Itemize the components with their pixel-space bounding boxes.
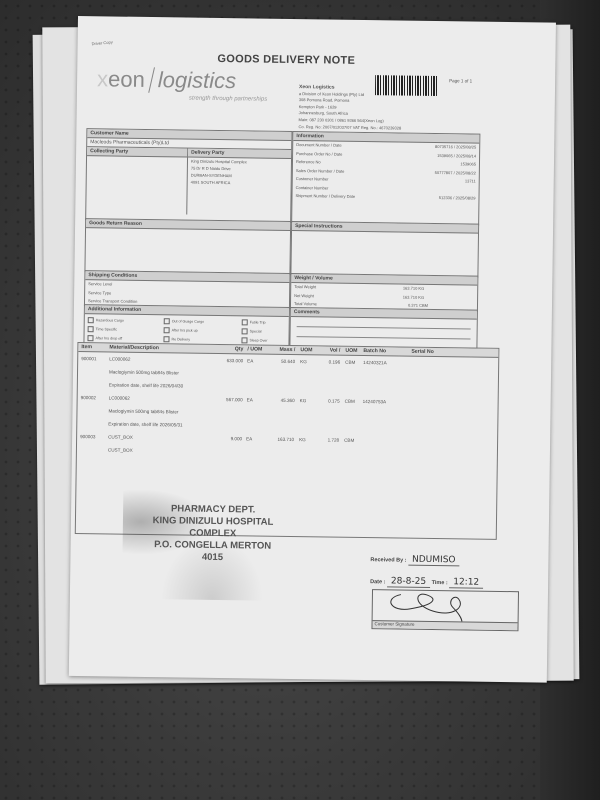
date-time: Date : 28-8-25 Time : 12:12 bbox=[370, 576, 483, 588]
hazardous-cargo-checkbox[interactable] bbox=[88, 317, 94, 323]
additional-information-section: Additional Information Hazardous Cargo O… bbox=[83, 304, 290, 347]
special-instructions-section: Special Instructions bbox=[290, 221, 479, 278]
customer-section: Customer Name Macleods Pharmaceuticals (… bbox=[85, 128, 292, 223]
pharmacy-stamp: PHARMACY DEPT. KING DINIZULU HOSPITAL CO… bbox=[132, 503, 293, 605]
delivery-party: Delivery Party King Dinizulu Hospital Co… bbox=[187, 149, 291, 216]
after-hrs-pickup-checkbox[interactable] bbox=[164, 327, 170, 333]
info-row: Shipment Number / Delivery Date512336 / … bbox=[292, 192, 478, 203]
page-indicator: Page 1 of 1 bbox=[449, 78, 472, 83]
received-by: Received By : NDUMISO bbox=[370, 554, 459, 565]
logo-tagline: strength through partnerships bbox=[189, 96, 267, 103]
logo-divider bbox=[148, 67, 155, 93]
futile-trip-checkbox[interactable] bbox=[242, 319, 248, 325]
goods-delivery-note-page: Driver Copy GOODS DELIVERY NOTE xeonlogi… bbox=[69, 16, 556, 683]
sleep-over-checkbox[interactable] bbox=[241, 337, 247, 343]
company-logo: xeonlogistics bbox=[97, 66, 236, 94]
driver-copy-label: Driver Copy bbox=[91, 39, 112, 46]
table-row: 900002 LC000062 567.000 EA 45.360 KG 0.1… bbox=[77, 391, 498, 436]
received-by-field[interactable]: NDUMISO bbox=[408, 555, 460, 567]
customer-signature-box[interactable]: Customer Signature bbox=[371, 589, 519, 631]
signature-scribble-icon bbox=[373, 590, 518, 622]
company-address: Xeon Logistics a Division of Xeon Holdin… bbox=[298, 84, 401, 132]
comment-line bbox=[297, 327, 471, 339]
comments-section: Comments bbox=[289, 307, 478, 350]
re-delivery-checkbox[interactable] bbox=[163, 336, 169, 342]
date-field[interactable]: 28-8-25 bbox=[387, 576, 430, 588]
time-specific-checkbox[interactable] bbox=[88, 326, 94, 332]
after-hrs-dropoff-checkbox[interactable] bbox=[87, 335, 93, 341]
out-of-gauge-cargo-checkbox[interactable] bbox=[164, 318, 170, 324]
special-checkbox[interactable] bbox=[242, 328, 248, 334]
goods-return-reason-section: Goods Return Reason bbox=[84, 218, 291, 275]
weight-volume-section: Weight / Volume Total Weight163.710 KG N… bbox=[290, 273, 478, 312]
table-row: 900003 CUST_BOX 9.000 EA 163.710 KG 1.72… bbox=[77, 430, 497, 462]
time-field[interactable]: 12:12 bbox=[449, 577, 483, 588]
document-title: GOODS DELIVERY NOTE bbox=[217, 53, 355, 67]
signature-caption: Customer Signature bbox=[372, 620, 517, 630]
information-section: Information Document Number / Date807357… bbox=[291, 131, 480, 226]
collecting-party: Collecting Party bbox=[86, 147, 188, 214]
shipping-conditions-section: Shipping Conditions Service Level Servic… bbox=[84, 270, 290, 309]
table-row: 900001 LC000062 633.000 EA 50.640 KG 0.1… bbox=[78, 352, 499, 397]
